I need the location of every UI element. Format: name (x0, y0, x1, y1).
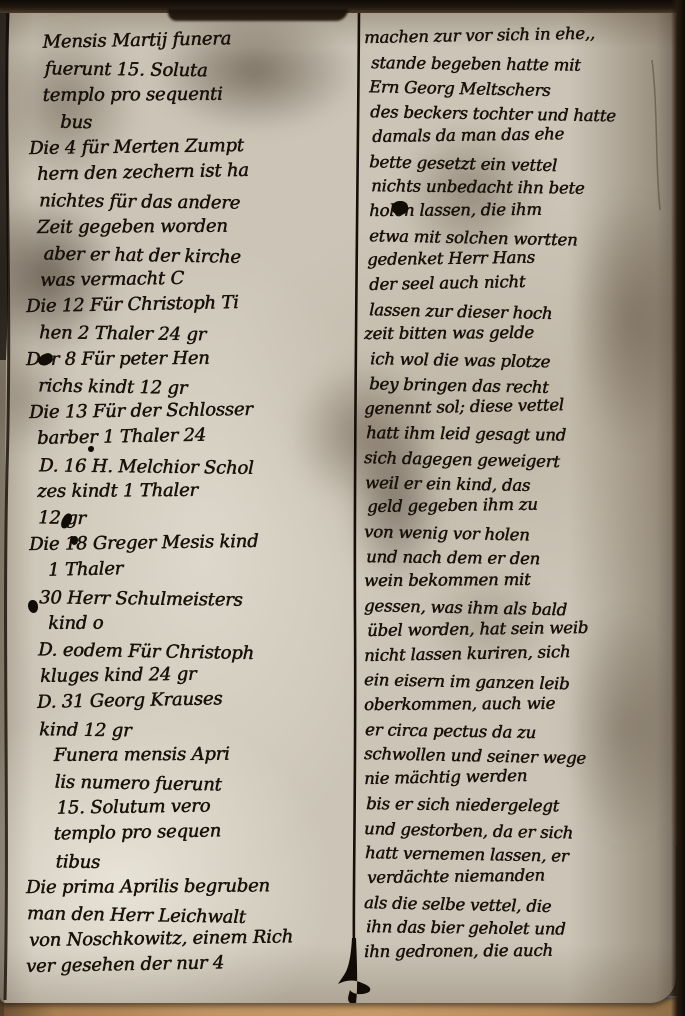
manuscript-line: D. 31 Georg Krauses (26, 684, 344, 717)
manuscript-line: Die 12 Für Christoph Ti (26, 288, 344, 321)
right-column: machen zur vor sich in ehe,, stande bege… (364, 26, 666, 965)
manuscript-line: stande begeben hatte mit (366, 51, 668, 79)
manuscript-line: damals da man das ehe (367, 121, 669, 150)
manuscript-line: bis er sich niedergelegt (366, 792, 668, 820)
manuscript-line: Die prima Aprilis begruben (26, 873, 344, 902)
manuscript-line: templo pro sequenti (26, 81, 344, 110)
manuscript-line: oberkommen, auch wie (364, 691, 666, 718)
manuscript-line: nicht lassen kuriren, sich (364, 638, 666, 668)
manuscript-line: Zeit gegeben worden (26, 213, 344, 242)
manuscript-line: kind o (26, 609, 344, 638)
manuscript-line: machen zur vor sich in ehe,, (364, 20, 666, 50)
manuscript-line: nie mächtig werden (364, 761, 666, 791)
manuscript-line: ver gesehen der nur 4 (26, 948, 344, 981)
manuscript-line: verdächte niemanden (367, 862, 669, 891)
manuscript-line: der seel auch nicht (364, 267, 666, 297)
manuscript-line: geld gegeben ihm zu (367, 491, 669, 520)
manuscript-line: genennt sol; diese vettel (364, 391, 666, 421)
left-column: Mensis Martij funera fuerunt 15. Soluta … (26, 30, 344, 981)
manuscript-line: 1 Thaler (26, 552, 344, 585)
book-top-edge-bump (168, 9, 348, 21)
manuscript-line: hern den zechern ist ha (26, 156, 344, 189)
manuscript-line: barber 1 Thaler 24 (26, 420, 344, 453)
manuscript-line: holen lassen, die ihm (364, 197, 666, 224)
manuscript-page: Mensis Martij funera fuerunt 15. Soluta … (0, 8, 676, 1003)
manuscript-line: zeit bitten was gelde (364, 320, 666, 347)
manuscript-line: hatt ihm leid gesagt und (366, 421, 668, 449)
manuscript-line: Mensis Martij funera (26, 24, 344, 57)
manuscript-photo: Mensis Martij funera fuerunt 15. Soluta … (0, 0, 685, 1016)
manuscript-line: Funera mensis Apri (26, 741, 344, 770)
book-right-edge (671, 0, 685, 1016)
manuscript-line: Der 8 Für peter Hen (26, 345, 344, 374)
manuscript-line: wein bekommen mit (364, 567, 666, 594)
manuscript-line: templo pro sequen (26, 816, 344, 849)
manuscript-line: zes kindt 1 Thaler (26, 477, 344, 506)
manuscript-line: ihn gedronen, die auch (364, 938, 666, 965)
